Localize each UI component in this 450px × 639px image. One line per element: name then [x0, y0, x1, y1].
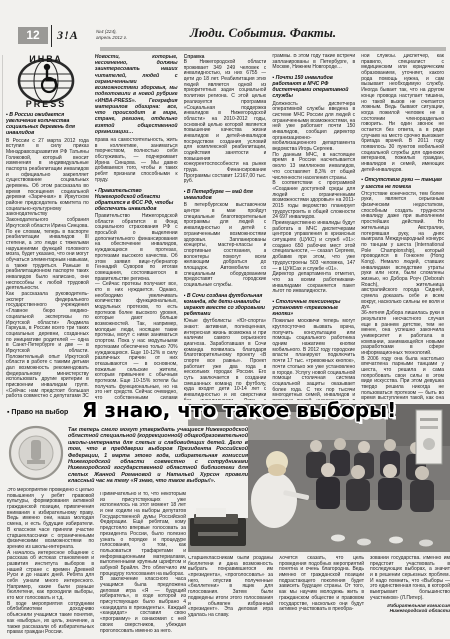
feature-signature: Избирательная комиссия Нижегородской обл… — [370, 604, 450, 614]
headline-mchs-dispatchers: ▪ Почти 150 инвалидов работают в МЧС РФ … — [272, 75, 355, 100]
continuation-sochi-football: граммы. В этом году такие встречи заплан… — [272, 54, 355, 71]
column-3: Справка В Нижегородской области проживае… — [184, 54, 267, 400]
feature-section: ▪ Право на выбор Я знаю, что такое выбор… — [6, 400, 446, 637]
issue-info: №4 (224), апрель 2012 г. — [96, 29, 127, 40]
header-rule — [100, 47, 446, 51]
header-divider — [51, 25, 52, 47]
column-5: ной службы. Диспетчер, как правило, спец… — [361, 54, 444, 400]
column-2: Новости, которые, несомненно, должны заи… — [95, 54, 178, 400]
feature-lede: Так теперь смело могут утверждать учащие… — [68, 427, 248, 484]
masthead-logo: З!А — [57, 28, 79, 43]
body-mchs-dispatchers: Должность диспетчера оперативной службы … — [272, 102, 355, 295]
body-petersburg-may: В петербургском выставочном центре в мае… — [184, 203, 267, 288]
left-margin-rule — [2, 55, 3, 395]
issue-date: апрель 2012 г. — [96, 35, 127, 41]
braille-booklet — [416, 410, 442, 464]
news-columns: ИНВА PRESS ▪ В России ожидается увеличен… — [6, 54, 444, 400]
headline-petersburg-may: ▪ В Петербурге — май для инвалидов — [184, 189, 267, 201]
logo-text-top: ИНВА — [29, 54, 63, 64]
rubric-intro: Новости, которые, несомненно, должны заи… — [95, 54, 178, 135]
headline-social-villages: ▪ В России ожидается увеличение количест… — [6, 112, 89, 137]
feature-col-5: зовании государства. Именно им предстоит… — [370, 556, 450, 636]
section-label: ▪ Право на выбор — [7, 409, 68, 416]
feature-headline: Я знаю, что такое выборы! — [82, 398, 382, 422]
headline-panic-buttons: ▪ Столичные пенсионеры установят «тревож… — [272, 299, 355, 317]
feature-col-2: Примечательно и то, что некоторым из при… — [100, 492, 186, 635]
newspaper-page: 12 З!А №4 (224), апрель 2012 г. Люди. Со… — [0, 0, 450, 639]
body-sochi-football: Юные футболисты «Юг-спорта» знают: актив… — [184, 319, 267, 400]
body-fss: Правительство Нижегородской области обра… — [95, 214, 178, 400]
inva-press-logo: ИНВА PRESS — [6, 54, 86, 108]
page-header: 12 З!А №4 (224), апрель 2012 г. Люди. Со… — [18, 27, 446, 48]
page-title: Люди. События. Факты. — [168, 25, 358, 41]
library-emblem — [7, 424, 65, 482]
page-number: 12 — [18, 27, 48, 44]
feature-col-5-text: зовании государства. Именно им предстоит… — [370, 556, 450, 602]
feature-col-1: Это мероприятие проведено с целью повыше… — [7, 488, 94, 635]
body-social-villages: В России с 27 марта 2012 года вступил в … — [6, 139, 89, 401]
headline-fss: ▪ Правительство Нижегородской области об… — [95, 188, 178, 213]
headline-sochi-football: ▪ В Сочи создана футбольная команда, где… — [184, 293, 267, 318]
continuation-social-villages: права на самостоятельность, жить в колле… — [95, 138, 178, 184]
logo-text-bottom: PRESS — [26, 99, 67, 108]
body-pole-dance: Отсутствие конечности, тем более руки, я… — [361, 192, 444, 400]
feature-col-4: Хочется сказать, что цель проведения под… — [279, 556, 364, 636]
column-4: граммы. В этом году такие встречи заплан… — [272, 54, 355, 400]
feature-col-3: Старшеклассникам были розданы бюллетени … — [188, 556, 273, 636]
column-1: ИНВА PRESS ▪ В России ожидается увеличен… — [6, 54, 89, 400]
headline-pole-dance: ▪ Отсутствие руки — танцам у шеста не по… — [361, 177, 444, 189]
body-panic-buttons: Пожилые москвичи теперь могут круглосуто… — [272, 319, 355, 400]
continuation-panic-buttons: ной службы. Диспетчер, как правило, спец… — [361, 54, 444, 173]
spravka-body: В Нижегородской области проживает 349 24… — [184, 60, 267, 185]
